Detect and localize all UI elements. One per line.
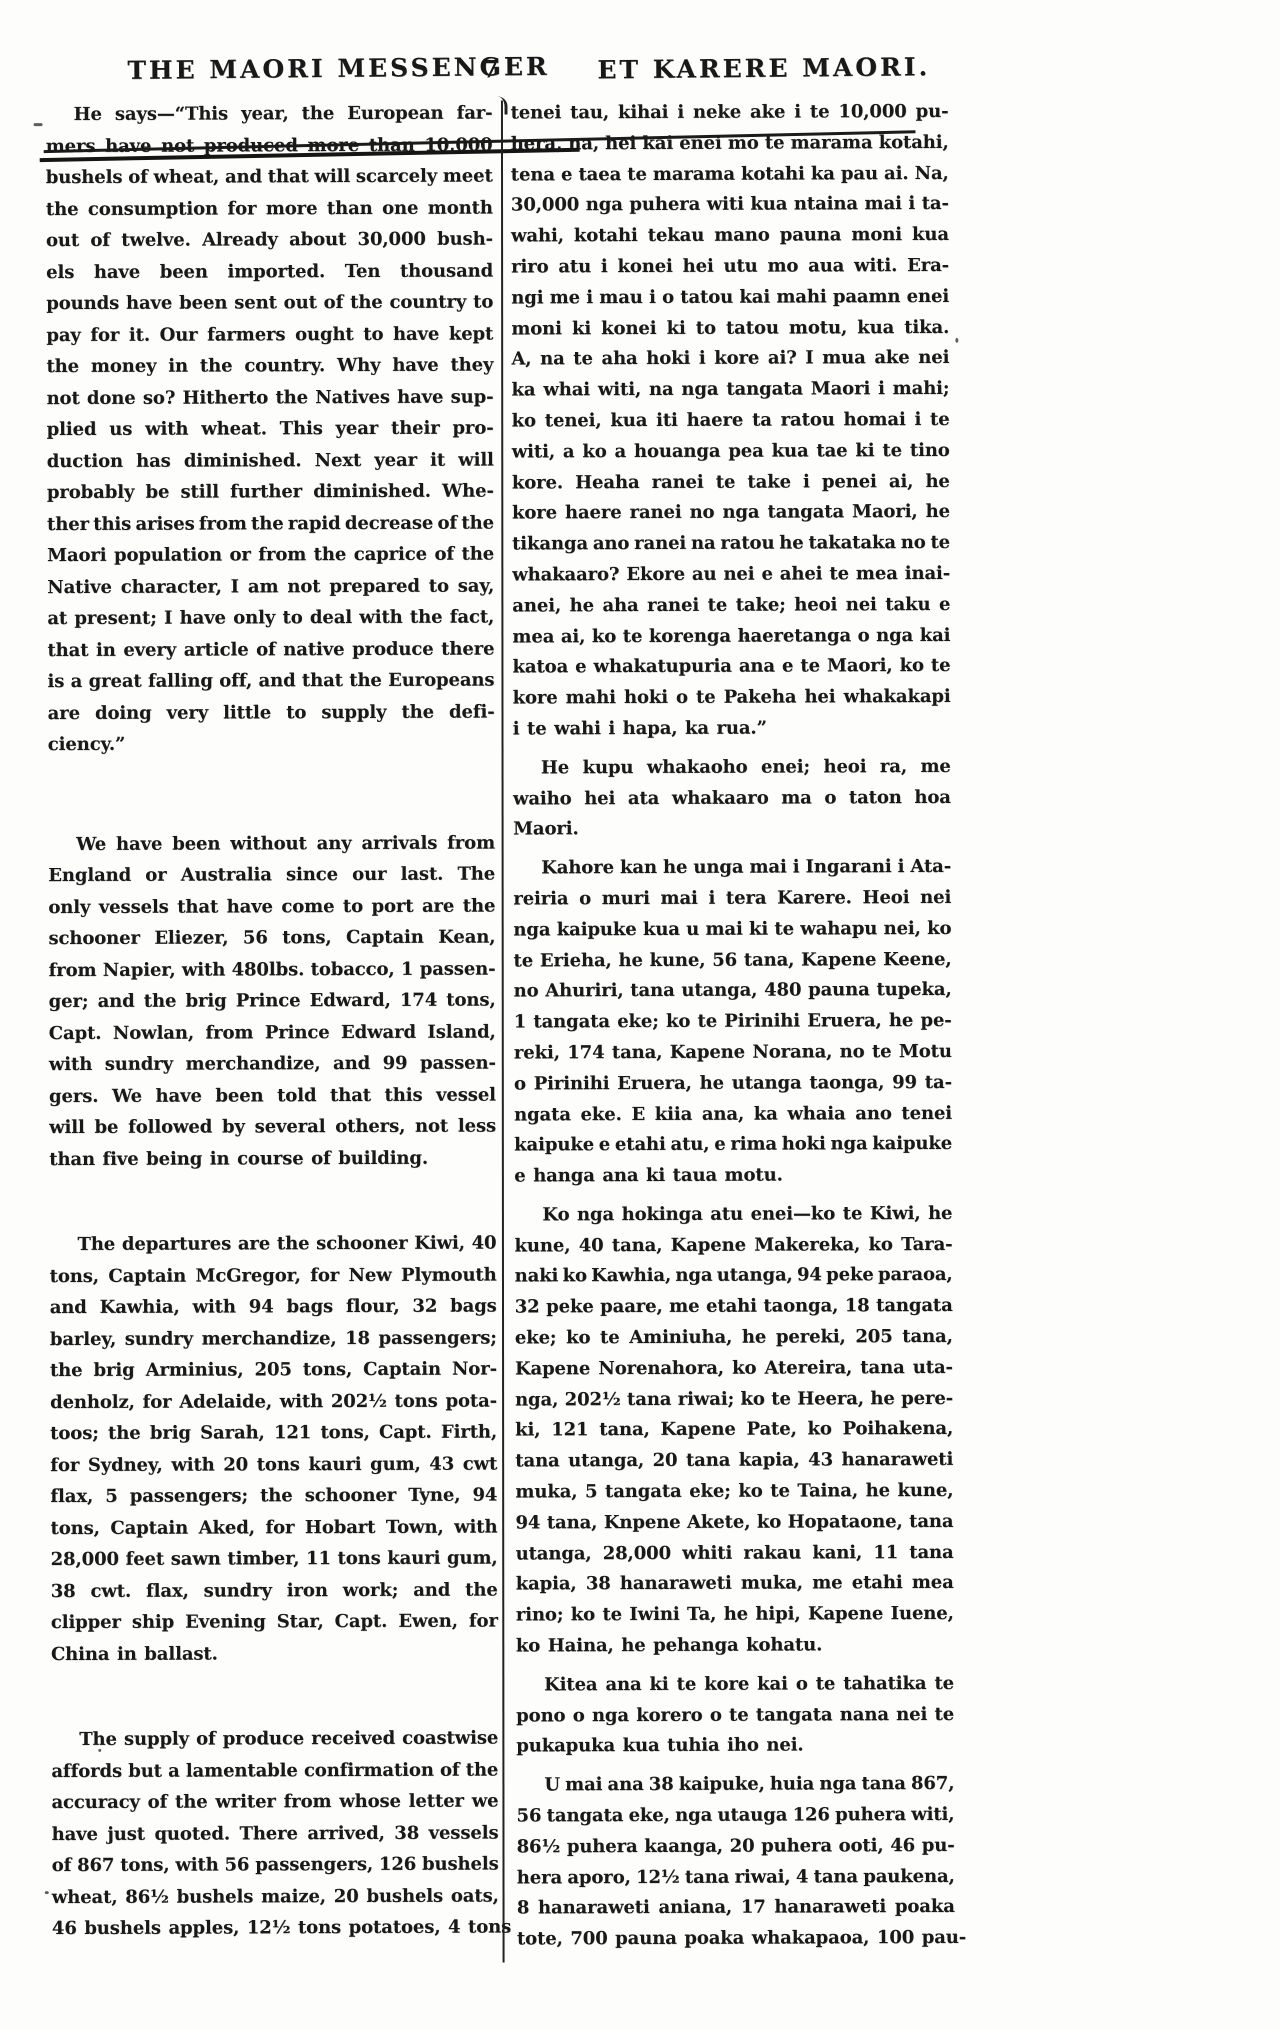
word: the bbox=[349, 670, 382, 691]
word: but bbox=[128, 1760, 162, 1781]
word: bushels bbox=[46, 167, 123, 188]
word: bushels bbox=[422, 1854, 499, 1875]
word: puhera bbox=[567, 1836, 638, 1857]
word: to bbox=[282, 607, 302, 628]
word: Our bbox=[160, 324, 198, 345]
word: 121 bbox=[551, 1420, 588, 1441]
word: 99 bbox=[892, 1072, 917, 1093]
word: Ko bbox=[542, 1204, 569, 1225]
word: te bbox=[696, 687, 716, 708]
word: tana bbox=[627, 1389, 671, 1410]
word: whakaaro? bbox=[512, 564, 619, 585]
word: Kapene bbox=[801, 949, 876, 970]
word: els bbox=[46, 261, 74, 282]
word: ana bbox=[607, 1774, 643, 1795]
word: schooner bbox=[305, 1485, 396, 1506]
text-line: Chinainballast. bbox=[51, 1642, 498, 1675]
word: tena bbox=[511, 164, 555, 185]
word: denholz, bbox=[50, 1391, 135, 1412]
text-line: reki,174tana,KapeneNorana,noteMotu bbox=[514, 1041, 952, 1073]
text-line: whakaaro?Ekoreauneieaheitemeainai- bbox=[512, 563, 950, 595]
word: being bbox=[146, 1148, 202, 1169]
word: ko bbox=[566, 1327, 590, 1348]
word: e bbox=[714, 1134, 725, 1155]
word: supply bbox=[321, 701, 386, 722]
word: witi, bbox=[512, 441, 555, 462]
word: te bbox=[930, 409, 950, 430]
word: with bbox=[175, 1854, 218, 1875]
word: Firth, bbox=[441, 1422, 497, 1443]
word: lamentable bbox=[186, 1760, 298, 1781]
word: great bbox=[89, 671, 142, 692]
word: 8 bbox=[517, 1898, 530, 1919]
text-line: witi,akoahouangapeakuataekitetino bbox=[512, 440, 950, 472]
word: with bbox=[145, 419, 188, 440]
word: ngi bbox=[511, 287, 543, 308]
word: ta- bbox=[925, 1072, 952, 1093]
ink-speck bbox=[98, 1749, 101, 1752]
text-line: tikangaanoraneinaratouhetakatakanote bbox=[512, 532, 950, 564]
word: hanaraweti bbox=[841, 1449, 953, 1470]
word: pono bbox=[516, 1705, 565, 1726]
text-line: 56tangataeke,ngautauga126puherawiti, bbox=[516, 1804, 954, 1836]
word: heoi bbox=[794, 594, 837, 615]
word: nga bbox=[876, 625, 913, 646]
word: mano bbox=[714, 225, 769, 246]
word: toos; bbox=[50, 1423, 99, 1444]
word: Keene, bbox=[883, 948, 951, 969]
word: wheat. bbox=[201, 418, 267, 439]
word: ngata bbox=[514, 1104, 571, 1125]
word: Na, bbox=[915, 163, 949, 184]
word: te bbox=[623, 626, 643, 647]
word: Eliezer, bbox=[154, 927, 228, 948]
word: me bbox=[550, 287, 580, 308]
text-line: withsundrymerchandize,and99passen- bbox=[49, 1053, 496, 1086]
word: 121 bbox=[274, 1422, 311, 1443]
word: nei bbox=[896, 1704, 927, 1725]
word: ko bbox=[868, 1234, 892, 1255]
word: meet bbox=[443, 166, 493, 187]
word: tikanga bbox=[512, 533, 588, 554]
word: na bbox=[691, 533, 716, 554]
word: tana, bbox=[612, 1042, 663, 1063]
word: tenei bbox=[511, 102, 562, 123]
text-line: Maoripopulationorfromthecapriceofthe bbox=[47, 544, 494, 577]
word: mo bbox=[728, 132, 759, 153]
word: pauna bbox=[808, 980, 870, 1001]
text-line: tote,700paunapoakawhakapaoa,100pau- bbox=[517, 1927, 955, 1959]
word: Arminius, bbox=[146, 1359, 244, 1380]
word: work; bbox=[343, 1579, 399, 1600]
word: riwai; bbox=[678, 1388, 734, 1409]
text-line: meaai,kotekorengahaeretangaongakai bbox=[512, 624, 950, 656]
word: the bbox=[260, 1485, 293, 1506]
word: say, bbox=[458, 575, 494, 596]
word: of bbox=[256, 639, 276, 660]
word: ought bbox=[295, 323, 354, 344]
text-line: monikikoneikitotatoumotu,kuatika. bbox=[511, 316, 949, 348]
word: tons, bbox=[320, 1422, 369, 1443]
word: 99 bbox=[383, 1053, 408, 1074]
word: McGregor, bbox=[195, 1265, 300, 1286]
word: Taina, bbox=[797, 1480, 858, 1501]
text-line: korehaereraneinongatangataMaori,he bbox=[512, 501, 950, 533]
word: less bbox=[458, 1116, 496, 1137]
word: ma bbox=[781, 787, 812, 808]
text-line: outoftwelve.Alreadyabout30,000bush- bbox=[46, 229, 493, 262]
word: mo bbox=[767, 255, 798, 276]
word: I bbox=[164, 608, 172, 629]
word: have bbox=[397, 386, 443, 407]
word: bush- bbox=[437, 229, 493, 250]
word: e bbox=[599, 1134, 610, 1155]
word: no bbox=[901, 532, 926, 553]
word: I bbox=[805, 348, 813, 369]
word: England bbox=[48, 865, 131, 886]
word: confirmation bbox=[304, 1759, 434, 1780]
word: Aminiuha, bbox=[629, 1327, 732, 1348]
word: puhera bbox=[761, 1835, 832, 1856]
word: tera bbox=[726, 887, 767, 908]
word: year, bbox=[241, 103, 289, 124]
word: 38 bbox=[394, 1822, 419, 1843]
word: sundry bbox=[105, 1054, 173, 1075]
word: 100 bbox=[877, 1927, 914, 1948]
word: are bbox=[48, 702, 80, 723]
word: u bbox=[686, 919, 699, 940]
word: the bbox=[461, 544, 494, 565]
word: 30,000 bbox=[357, 229, 425, 250]
word: tana bbox=[515, 1451, 559, 1472]
word: kapia, bbox=[739, 1450, 800, 1471]
word: Norana, bbox=[752, 1041, 832, 1062]
word: 40 bbox=[472, 1233, 497, 1254]
word: i bbox=[677, 102, 684, 123]
word: in bbox=[117, 1643, 137, 1664]
word: 32 bbox=[515, 1297, 540, 1318]
text-line: isagreatfallingoff,andthattheEuropeans bbox=[48, 670, 495, 703]
text-line: forSydney,with20tonskaurigum,43cwt bbox=[50, 1453, 497, 1486]
word: have bbox=[126, 293, 172, 314]
word: will bbox=[314, 166, 350, 187]
text-line: nga,202½tanariwai;koteHeera,hepere- bbox=[515, 1388, 953, 1420]
word: tons, bbox=[120, 1855, 169, 1876]
word: marama bbox=[791, 132, 873, 153]
word: little bbox=[223, 702, 271, 723]
word: of bbox=[90, 230, 110, 251]
word: 20 bbox=[653, 1450, 678, 1471]
word: kore bbox=[512, 503, 557, 524]
word: ki bbox=[855, 440, 874, 461]
word: kaipuke bbox=[557, 919, 637, 940]
word: whose bbox=[339, 1791, 401, 1812]
word: te bbox=[770, 1481, 790, 1502]
word: than bbox=[369, 134, 415, 155]
word: 56 bbox=[224, 1854, 249, 1875]
word: i bbox=[914, 409, 921, 430]
word: accuracy bbox=[51, 1792, 140, 1813]
word: Ata- bbox=[910, 856, 951, 877]
word: he bbox=[925, 470, 949, 491]
text-line: Hesays—“Thisyear,theEuropeanfar- bbox=[46, 103, 493, 136]
word: kaanga, bbox=[644, 1836, 723, 1857]
word: 30,000 bbox=[511, 195, 579, 216]
word: mai bbox=[705, 918, 742, 939]
word: taea bbox=[578, 164, 621, 185]
maori-paragraph-2: Hekupuwhakaohoenei;heoira,mewaihoheiataw… bbox=[513, 756, 951, 850]
word: brig bbox=[150, 1423, 191, 1444]
word: bushels bbox=[84, 1918, 161, 1939]
text-line: ThedeparturesaretheschoonerKiwi,40 bbox=[49, 1233, 496, 1266]
word: kaipuke bbox=[514, 1134, 594, 1155]
english-paragraph-4: Thesupplyofproducereceivedcoastwiseaffor… bbox=[51, 1728, 499, 1950]
word: Kahore bbox=[541, 857, 614, 878]
word: hapa, bbox=[623, 718, 678, 739]
word: sup- bbox=[451, 386, 494, 407]
word: for bbox=[50, 1454, 79, 1475]
word: tons, bbox=[50, 1265, 99, 1286]
word: ko bbox=[512, 410, 536, 431]
word: he bbox=[889, 1010, 913, 1031]
word: Prince bbox=[265, 1022, 330, 1043]
word: farmers bbox=[207, 324, 285, 345]
word: etahi bbox=[615, 1134, 666, 1155]
word: with bbox=[454, 1516, 497, 1537]
word: Captain bbox=[108, 1265, 186, 1286]
word: Native bbox=[47, 576, 112, 597]
word: 5 bbox=[585, 1481, 598, 1502]
word: whiti bbox=[682, 1542, 732, 1563]
word: probably bbox=[47, 482, 134, 503]
word: te bbox=[816, 1673, 836, 1694]
text-line: 30,000ngapuherawitikuantainamaiita- bbox=[511, 193, 949, 225]
word: te bbox=[573, 349, 593, 370]
word: 94 bbox=[515, 1512, 540, 1533]
word: from bbox=[205, 1022, 253, 1043]
word: tau, bbox=[570, 102, 609, 123]
word: reiria bbox=[513, 888, 568, 909]
word: i bbox=[898, 856, 905, 877]
word: of bbox=[434, 544, 454, 565]
word: te bbox=[843, 1203, 863, 1224]
word: whakaaro bbox=[672, 787, 769, 808]
word: kotahi bbox=[741, 163, 805, 184]
text-line: clippershipEveningStar,Capt.Ewen,for bbox=[51, 1611, 498, 1644]
word: Akete, bbox=[687, 1511, 750, 1532]
word: motu. bbox=[724, 1165, 782, 1186]
word: 126 bbox=[793, 1804, 830, 1825]
word: writer bbox=[215, 1791, 276, 1812]
text-line: 86½puherakaanga,20puheraooti,46pu- bbox=[517, 1835, 955, 1867]
word: 4 bbox=[448, 1917, 461, 1938]
word: year bbox=[335, 418, 378, 439]
word: brig bbox=[93, 1360, 134, 1381]
word: ano bbox=[593, 533, 630, 554]
word: 5 bbox=[105, 1486, 118, 1507]
word: witi, bbox=[911, 1804, 954, 1825]
text-line: A,nateahahokiikoreai?Imuaakenei bbox=[511, 347, 949, 379]
word: 700 bbox=[570, 1928, 607, 1949]
word: ranei bbox=[652, 471, 704, 492]
text-line: 94tana,KnpeneAkete,koHopataone,tana bbox=[515, 1511, 953, 1543]
word: oats, bbox=[451, 1885, 499, 1906]
word: to bbox=[343, 895, 363, 916]
word: Heoi bbox=[862, 887, 909, 908]
word: the bbox=[401, 701, 434, 722]
word: kua bbox=[623, 1735, 660, 1756]
word: with bbox=[182, 959, 225, 980]
word: have bbox=[105, 135, 151, 156]
word: Natives bbox=[315, 386, 390, 407]
word: vessels bbox=[429, 1822, 499, 1843]
text-line: anei,heaharaneitetake;heoineitakue bbox=[512, 594, 950, 626]
word: wahapu bbox=[800, 918, 877, 939]
word: Edward, bbox=[310, 990, 391, 1011]
word: bags bbox=[286, 1296, 333, 1317]
text-line: heraaporo,12½tanariwai,4tanapaukena, bbox=[517, 1866, 955, 1898]
word: tangata bbox=[756, 1704, 833, 1725]
text-line: kore.Heaharaneitetakeipeneiai,he bbox=[512, 470, 950, 502]
text-line: flax,5passengers;theschoonerTyne,94 bbox=[50, 1485, 497, 1518]
word: tons bbox=[395, 1390, 438, 1411]
word: inai- bbox=[905, 563, 950, 584]
word: come bbox=[281, 896, 334, 917]
word: katoa bbox=[512, 657, 568, 678]
word: hei bbox=[584, 788, 615, 809]
text-line: probablybestillfurtherdiminished.Whe- bbox=[47, 481, 494, 514]
word: 20 bbox=[334, 1885, 359, 1906]
word: Knpene bbox=[604, 1512, 681, 1533]
word: kune, bbox=[514, 1235, 570, 1256]
word: the bbox=[277, 1233, 310, 1254]
word: off, bbox=[219, 670, 252, 691]
word: 86½ bbox=[125, 1886, 169, 1907]
word: falling bbox=[148, 670, 213, 691]
word: e bbox=[575, 657, 586, 678]
word: ko bbox=[900, 655, 924, 676]
word: no bbox=[690, 502, 715, 523]
word: present; bbox=[74, 608, 156, 629]
word: hei bbox=[804, 686, 835, 707]
word: tika. bbox=[904, 316, 949, 337]
word: peke bbox=[546, 1296, 594, 1317]
word: motu, bbox=[789, 317, 847, 338]
word: enei bbox=[907, 286, 950, 307]
text-line: 32pekepaare,meetahitaonga,18tangata bbox=[515, 1295, 953, 1327]
text-line: havejustquoted.Therearrived,38vessels bbox=[52, 1822, 499, 1855]
word: ta bbox=[752, 410, 772, 431]
word: There bbox=[239, 1823, 297, 1844]
word: we bbox=[472, 1791, 499, 1812]
text-line: teErieha,hekune,56tana,KapeneKeene, bbox=[513, 948, 951, 980]
word: with bbox=[359, 607, 402, 628]
word: he bbox=[870, 1388, 894, 1409]
text-line: hera,na,heikaieneimotemaramakotahi, bbox=[511, 132, 949, 164]
word: kotahi, bbox=[879, 132, 949, 153]
word: kua bbox=[912, 224, 949, 245]
word: utanga, bbox=[516, 1543, 592, 1564]
word: one bbox=[382, 197, 418, 218]
word: for bbox=[310, 1265, 339, 1286]
text-line: katoaewhakatupuriaanaeteMaori,kote bbox=[512, 655, 950, 687]
word: nga bbox=[513, 919, 550, 940]
word: te bbox=[930, 532, 950, 553]
word: te bbox=[729, 1704, 749, 1725]
word: tuhia bbox=[667, 1735, 720, 1756]
word: from bbox=[284, 1791, 332, 1812]
word: for bbox=[469, 1611, 498, 1632]
word: 867 bbox=[77, 1855, 114, 1876]
word: i bbox=[513, 718, 520, 739]
word: cwt. bbox=[90, 1580, 131, 1601]
word: ana bbox=[602, 1165, 638, 1186]
word: kore bbox=[704, 1673, 749, 1694]
word: ko bbox=[757, 1511, 781, 1532]
word: Kawhia, bbox=[591, 1265, 671, 1286]
word: te bbox=[600, 1327, 620, 1348]
maori-paragraph-4: Kongahokingaatuenei—koteKiwi,hekune,40ta… bbox=[514, 1203, 954, 1666]
word: kaipuke, bbox=[679, 1774, 765, 1795]
word: of bbox=[52, 1855, 72, 1876]
word: nei bbox=[723, 564, 754, 585]
word: muri bbox=[602, 888, 650, 909]
word: caprice bbox=[354, 544, 427, 565]
text-line: Kongahokingaatuenei—koteKiwi,he bbox=[514, 1203, 952, 1235]
word: schooner bbox=[48, 928, 139, 949]
word: The bbox=[79, 1729, 117, 1750]
word: nei bbox=[918, 347, 949, 368]
word: country bbox=[389, 292, 466, 313]
word: than bbox=[327, 197, 373, 218]
word: te bbox=[716, 471, 736, 492]
text-line: ger;andthebrigPrinceEdward,174tons, bbox=[49, 990, 496, 1023]
word: tekau bbox=[648, 225, 705, 246]
word: that bbox=[302, 670, 343, 691]
word: Poihakena, bbox=[843, 1418, 954, 1439]
word: hei bbox=[605, 133, 636, 154]
word: this bbox=[93, 513, 131, 534]
word: mua bbox=[822, 348, 866, 369]
word: Kapene bbox=[670, 1042, 745, 1063]
word: pe- bbox=[920, 1010, 951, 1031]
word: hanaraweti bbox=[774, 1897, 886, 1918]
word: tae bbox=[816, 440, 847, 461]
word: arrivals bbox=[361, 832, 437, 853]
word: unga bbox=[693, 857, 743, 878]
word: atu bbox=[558, 256, 591, 277]
word: and bbox=[225, 166, 262, 187]
word: nei, bbox=[884, 918, 921, 939]
word: kua bbox=[610, 410, 647, 431]
word: kihai bbox=[618, 102, 668, 123]
word: kua bbox=[857, 317, 894, 338]
word: kauri bbox=[387, 1548, 440, 1569]
word: i bbox=[908, 193, 915, 214]
word: 56 bbox=[712, 949, 737, 970]
word: tana, bbox=[744, 949, 795, 970]
word: flax, bbox=[50, 1486, 93, 1507]
text-line: Hekupuwhakaohoenei;heoira,me bbox=[513, 756, 951, 788]
word: ki bbox=[646, 1165, 665, 1186]
word: mahi bbox=[566, 687, 616, 708]
word: mai bbox=[865, 193, 902, 214]
word: a bbox=[71, 671, 83, 692]
word: Heaha bbox=[575, 472, 639, 493]
word: for bbox=[265, 1517, 294, 1538]
word: me bbox=[812, 1573, 842, 1594]
word: Star, bbox=[277, 1611, 324, 1632]
